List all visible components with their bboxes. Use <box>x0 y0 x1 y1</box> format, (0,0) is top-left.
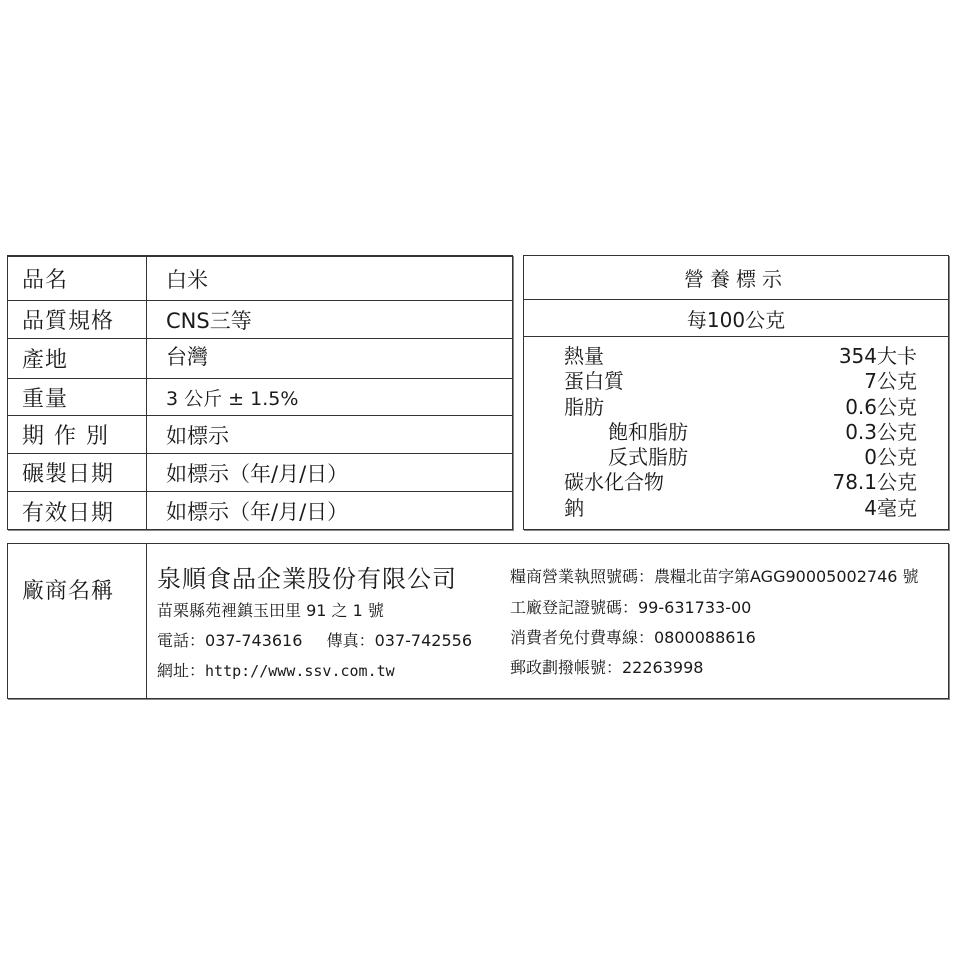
company-name: 泉順食品企業股份有限公司 <box>157 559 457 594</box>
nutrient-value: 0.3公克 <box>845 420 917 445</box>
manufacturer-info-box: 廠商名稱 泉順食品企業股份有限公司 苗栗縣苑裡鎮玉田里 91 之 1 號 電話：… <box>7 543 949 699</box>
nutrient-value: 4毫克 <box>864 496 917 521</box>
value-product-name: 白米 <box>166 257 208 300</box>
nutrient-value: 78.1公克 <box>832 470 917 495</box>
nutrient-value: 7公克 <box>864 369 917 394</box>
value-origin: 台灣 <box>166 333 208 378</box>
label-crop-season: 期作別 <box>22 416 118 453</box>
nutrient-name: 熱量 <box>564 344 604 369</box>
row-milling-date: 碾製日期 如標示（年/月/日） <box>8 453 512 491</box>
nutrient-name: 鈉 <box>564 496 584 521</box>
nutrient-name: 碳水化合物 <box>564 470 664 495</box>
value-milling-date: 如標示（年/月/日） <box>166 454 348 491</box>
nutrition-facts-table: 營養標示 每100公克 熱量 354大卡 蛋白質 7公克 脂肪 0.6公克 飽和… <box>523 255 949 530</box>
nutrient-name: 脂肪 <box>564 395 604 420</box>
nutrient-value: 0.6公克 <box>845 395 917 420</box>
fax-label: 傳真： <box>327 631 375 650</box>
row-weight: 重量 3 公斤 ± 1.5% <box>8 378 512 415</box>
row-expiry-date: 有效日期 如標示（年/月/日） <box>8 491 512 530</box>
contact-phone-fax: 電話：037-743616 傳真：037-742556 <box>157 628 472 651</box>
fax-number: 037-742556 <box>375 631 472 650</box>
nutrition-row-calories: 熱量 354大卡 <box>524 344 948 369</box>
nutrition-title: 營養標示 <box>524 256 948 300</box>
nutrition-list: 熱量 354大卡 蛋白質 7公克 脂肪 0.6公克 飽和脂肪 0.3公克 反式脂… <box>524 344 948 521</box>
nutrient-name: 飽和脂肪 <box>608 420 688 445</box>
toll-free-hotline: 消費者免付費專線：0800088616 <box>510 625 756 648</box>
value-expiry-date: 如標示（年/月/日） <box>166 492 348 530</box>
nutrition-serving: 每100公克 <box>524 300 948 337</box>
row-crop-season: 期作別 如標示 <box>8 415 512 453</box>
grain-license: 糧商營業執照號碼：農糧北苗字第AGG90005002746 號 <box>510 564 919 587</box>
column-divider <box>146 544 147 698</box>
nutrition-row-trans-fat: 反式脂肪 0公克 <box>524 445 948 470</box>
nutrient-value: 354大卡 <box>839 344 917 369</box>
nutrition-row-carbohydrate: 碳水化合物 78.1公克 <box>524 470 948 495</box>
label-expiry-date: 有效日期 <box>22 492 114 530</box>
row-product-name: 品名 白米 <box>8 256 512 300</box>
phone-label: 電話： <box>157 631 205 650</box>
row-origin: 產地 台灣 <box>8 338 512 378</box>
website-label: 網址： <box>157 661 205 680</box>
manufacturer-label: 廠商名稱 <box>22 574 114 605</box>
nutrient-name: 蛋白質 <box>564 369 624 394</box>
website-link[interactable]: http://www.ssv.com.tw <box>205 662 395 680</box>
company-address: 苗栗縣苑裡鎮玉田里 91 之 1 號 <box>157 598 384 621</box>
postal-account: 郵政劃撥帳號：22263998 <box>510 655 703 678</box>
row-quality-grade: 品質規格 CNS三等 <box>8 300 512 338</box>
label-quality-grade: 品質規格 <box>22 301 114 338</box>
nutrition-row-protein: 蛋白質 7公克 <box>524 369 948 394</box>
value-weight: 3 公斤 ± 1.5% <box>166 379 298 415</box>
label-weight: 重量 <box>22 379 68 415</box>
label-origin: 產地 <box>22 339 68 378</box>
phone-number: 037-743616 <box>205 631 302 650</box>
label-milling-date: 碾製日期 <box>22 454 114 491</box>
nutrition-row-sodium: 鈉 4毫克 <box>524 496 948 521</box>
website-line: 網址：http://www.ssv.com.tw <box>157 658 395 681</box>
product-info-table: 品名 白米 品質規格 CNS三等 產地 台灣 重量 3 公斤 ± 1.5% 期作… <box>7 255 513 530</box>
value-crop-season: 如標示 <box>166 416 229 453</box>
nutrition-row-saturated-fat: 飽和脂肪 0.3公克 <box>524 420 948 445</box>
factory-registration: 工廠登記證號碼：99-631733-00 <box>510 595 751 618</box>
nutrient-name: 反式脂肪 <box>608 445 688 470</box>
label-product-name: 品名 <box>22 257 68 300</box>
nutrition-row-fat: 脂肪 0.6公克 <box>524 395 948 420</box>
nutrient-value: 0公克 <box>864 445 917 470</box>
